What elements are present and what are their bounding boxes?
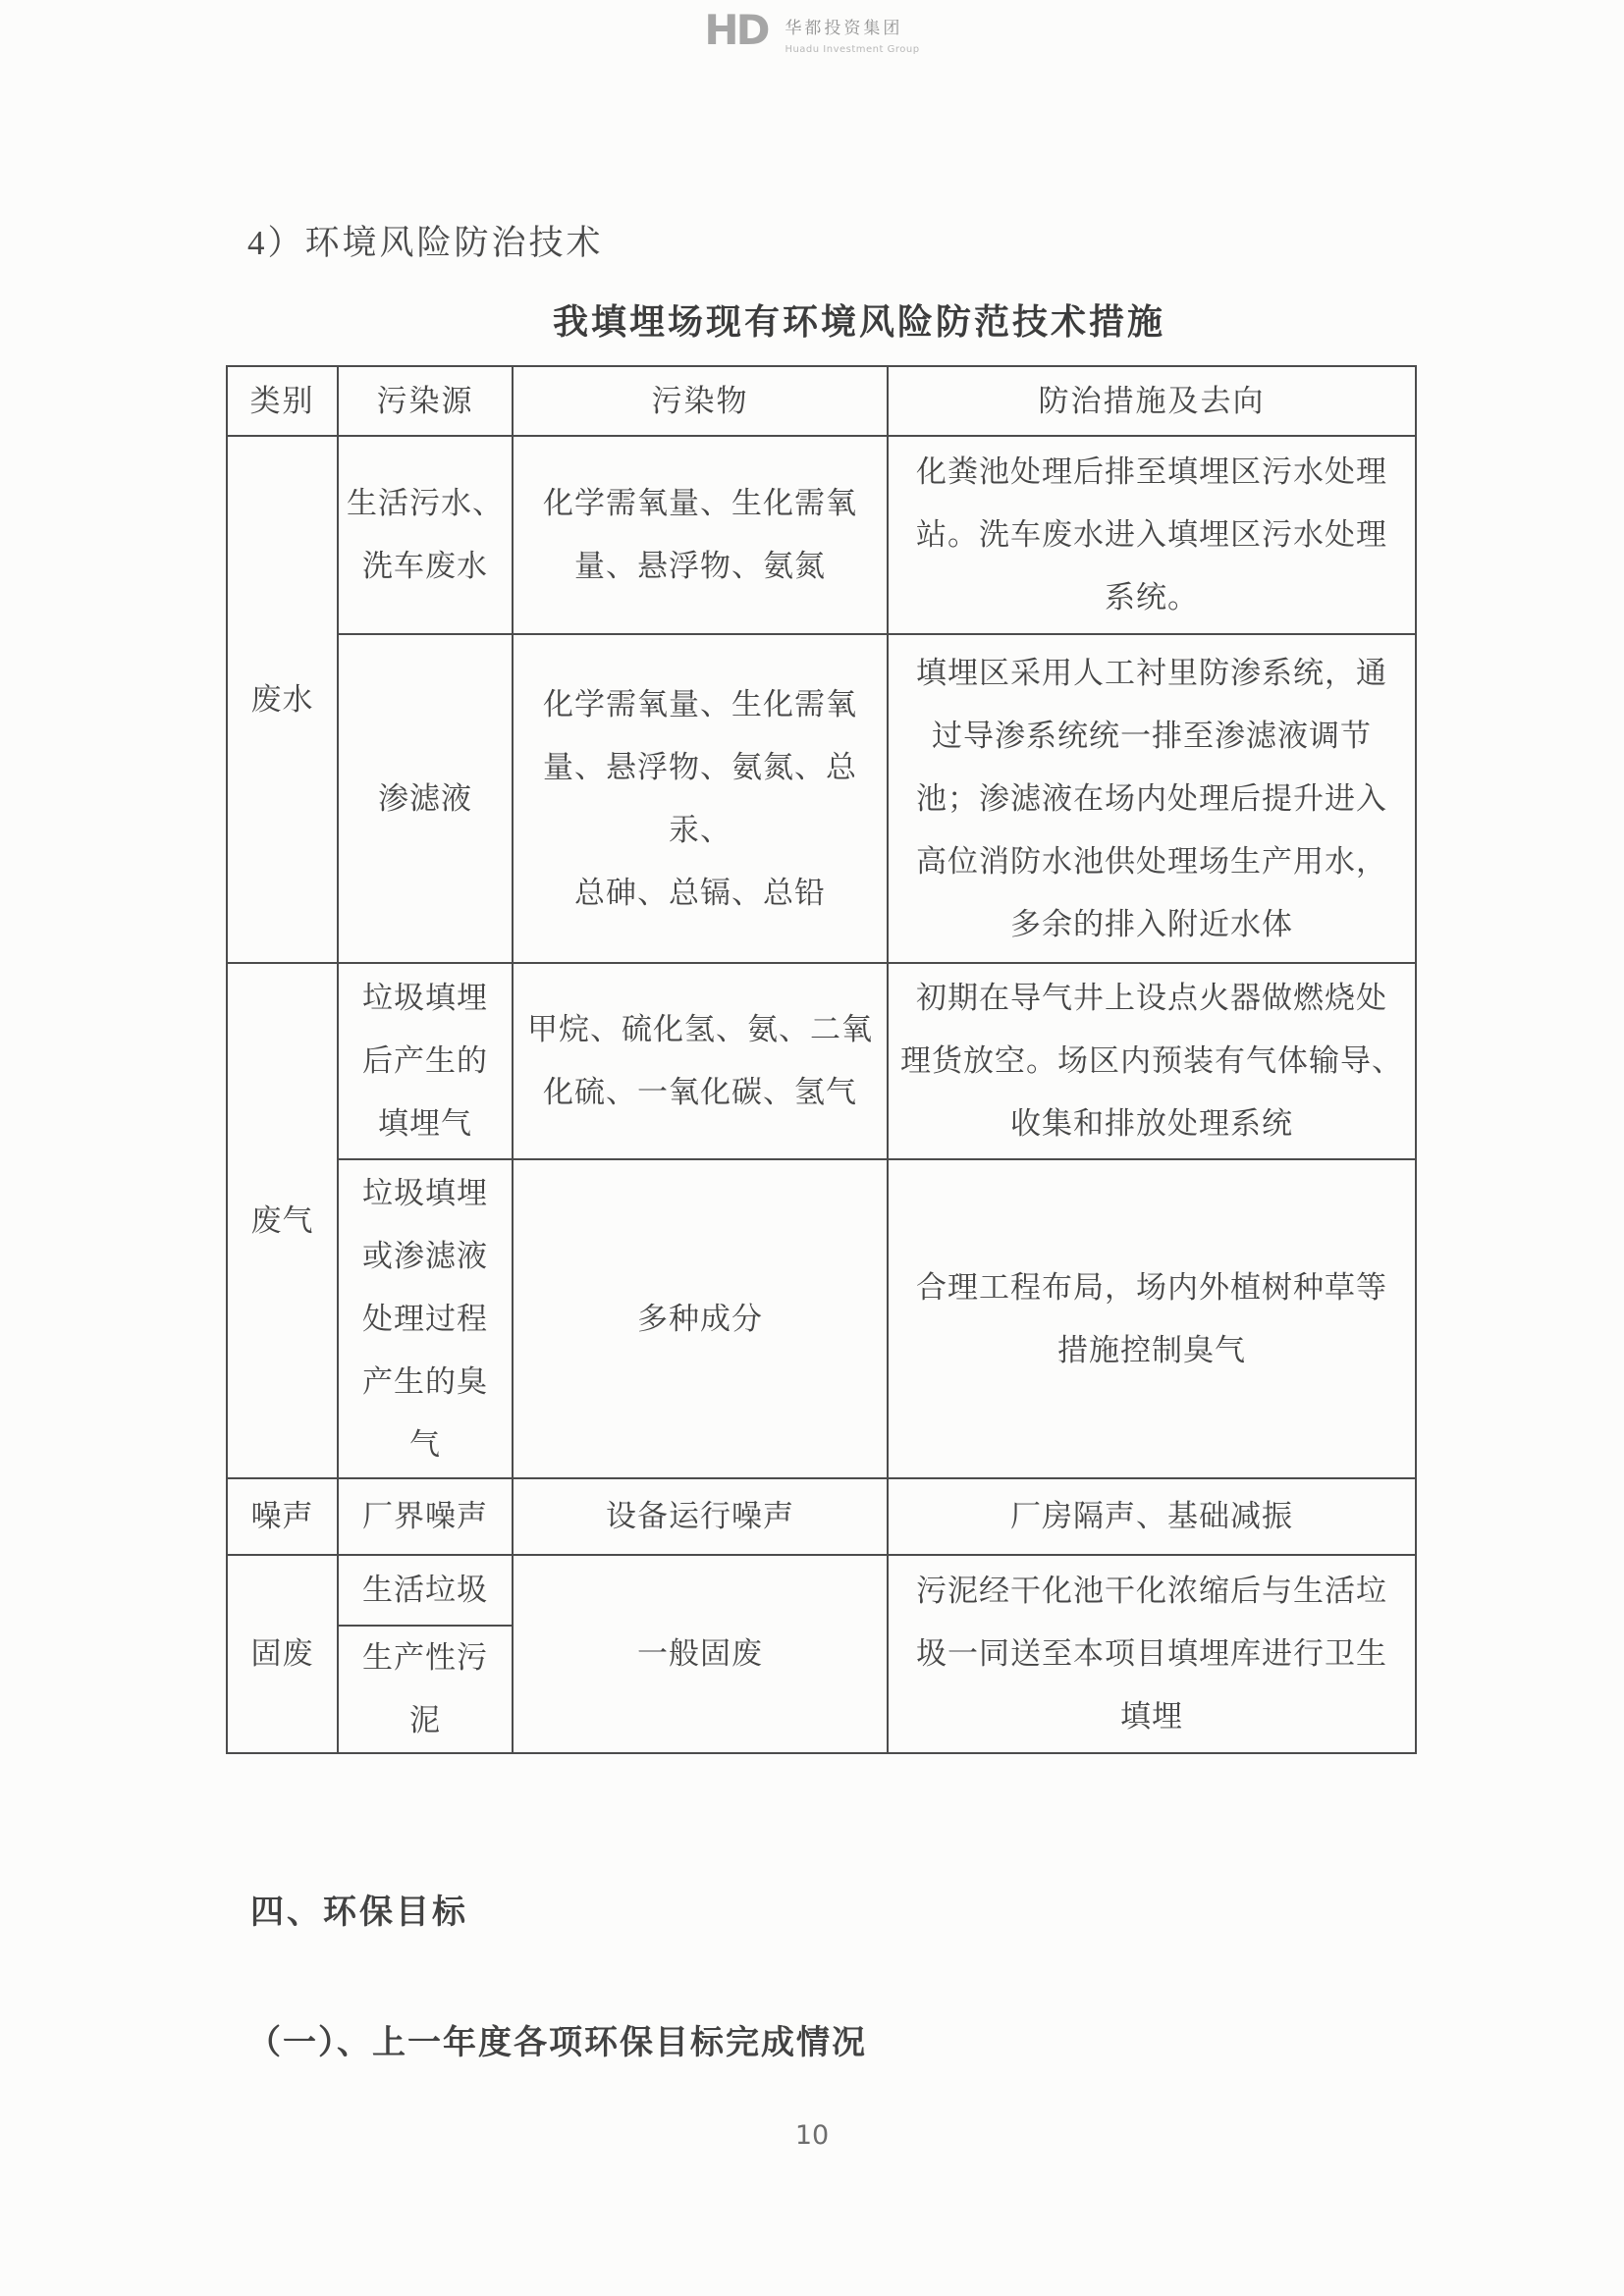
cell-domestic-waste-source: 生活垃圾 bbox=[338, 1555, 513, 1626]
list-heading: 4）环境风险防治技术 bbox=[247, 216, 604, 265]
cell-sewage-source: 生活污水、 洗车废水 bbox=[338, 436, 513, 634]
header-pollutant: 污染物 bbox=[513, 366, 888, 436]
cell-noise-measures: 厂房隔声、基础减振 bbox=[888, 1478, 1416, 1555]
page-number: 10 bbox=[0, 2120, 1624, 2151]
table-row: 固废 生活垃圾 一般固废 污泥经干化池干化浓缩后与生活垃 圾一同送至本项目填埋库… bbox=[227, 1555, 1416, 1626]
cell-category-gas: 废气 bbox=[227, 963, 338, 1478]
company-logo: HD 华都投资集团 Huadu Investment Group bbox=[0, 8, 1624, 55]
header-category: 类别 bbox=[227, 366, 338, 436]
cell-category-noise: 噪声 bbox=[227, 1478, 338, 1555]
table-row: 噪声 厂界噪声 设备运行噪声 厂房隔声、基础减振 bbox=[227, 1478, 1416, 1555]
header-measures: 防治措施及去向 bbox=[888, 366, 1416, 436]
table-title: 我填埋场现有环境风险防范技术措施 bbox=[553, 294, 1165, 345]
subsection-title: （一）、上一年度各项环保目标完成情况 bbox=[247, 2015, 867, 2063]
cell-odor-pollutants: 多种成分 bbox=[513, 1159, 888, 1478]
table-header-row: 类别 污染源 污染物 防治措施及去向 bbox=[227, 366, 1416, 436]
table-row: 渗滤液 化学需氧量、生化需氧 量、悬浮物、氨氮、总汞、 总砷、总镉、总铅 填埋区… bbox=[227, 634, 1416, 963]
document-page: HD 华都投资集团 Huadu Investment Group 4）环境风险防… bbox=[0, 0, 1624, 2296]
logo-text-block: 华都投资集团 Huadu Investment Group bbox=[785, 8, 919, 55]
cell-odor-source: 垃圾填埋 或渗滤液 处理过程 产生的臭 气 bbox=[338, 1159, 513, 1478]
table-row: 废水 生活污水、 洗车废水 化学需氧量、生化需氧 量、悬浮物、氨氮 化粪池处理后… bbox=[227, 436, 1416, 634]
company-logo-icon: HD bbox=[704, 8, 767, 53]
table-row: 废气 垃圾填埋 后产生的 填埋气 甲烷、硫化氢、氨、二氧 化硫、一氧化碳、氢气 … bbox=[227, 963, 1416, 1159]
cell-noise-source: 厂界噪声 bbox=[338, 1478, 513, 1555]
cell-solid-measures: 污泥经干化池干化浓缩后与生活垃 圾一同送至本项目填埋库进行卫生 填埋 bbox=[888, 1555, 1416, 1753]
table-row: 垃圾填埋 或渗滤液 处理过程 产生的臭 气 多种成分 合理工程布局，场内外植树种… bbox=[227, 1159, 1416, 1478]
cell-landfill-gas-measures: 初期在导气井上设点火器做燃烧处 理货放空。场区内预装有气体输导、 收集和排放处理… bbox=[888, 963, 1416, 1159]
cell-landfill-gas-pollutants: 甲烷、硫化氢、氨、二氧 化硫、一氧化碳、氢气 bbox=[513, 963, 888, 1159]
section-title: 四、环保目标 bbox=[250, 1885, 468, 1933]
cell-category-wastewater: 废水 bbox=[227, 436, 338, 963]
cell-noise-pollutants: 设备运行噪声 bbox=[513, 1478, 888, 1555]
cell-sludge-source: 生产性污 泥 bbox=[338, 1626, 513, 1753]
cell-leachate-pollutants: 化学需氧量、生化需氧 量、悬浮物、氨氮、总汞、 总砷、总镉、总铅 bbox=[513, 634, 888, 963]
cell-sewage-pollutants: 化学需氧量、生化需氧 量、悬浮物、氨氮 bbox=[513, 436, 888, 634]
cell-sewage-measures: 化粪池处理后排至填埋区污水处理 站。洗车废水进入填埋区污水处理 系统。 bbox=[888, 436, 1416, 634]
company-name-en: Huadu Investment Group bbox=[785, 44, 919, 55]
cell-leachate-measures: 填埋区采用人工衬里防渗系统，通 过导渗系统统一排至渗滤液调节 池；渗滤液在场内处… bbox=[888, 634, 1416, 963]
company-name-cn: 华都投资集团 bbox=[785, 14, 919, 38]
header-pollution-source: 污染源 bbox=[338, 366, 513, 436]
cell-leachate-source: 渗滤液 bbox=[338, 634, 513, 963]
cell-landfill-gas-source: 垃圾填埋 后产生的 填埋气 bbox=[338, 963, 513, 1159]
cell-odor-measures: 合理工程布局，场内外植树种草等 措施控制臭气 bbox=[888, 1159, 1416, 1478]
cell-solid-pollutants: 一般固废 bbox=[513, 1555, 888, 1753]
measures-table: 类别 污染源 污染物 防治措施及去向 废水 生活污水、 洗车废水 化学需氧量、生… bbox=[226, 365, 1417, 1754]
cell-category-solid: 固废 bbox=[227, 1555, 338, 1753]
